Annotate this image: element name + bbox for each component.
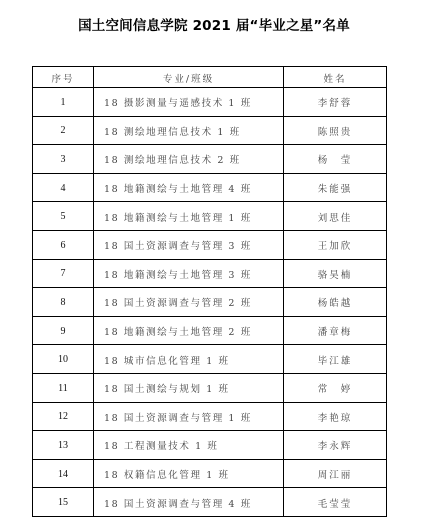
row-major-class: 18 国土资源调查与管理 2 班 [94, 288, 284, 317]
row-index: 6 [33, 230, 94, 259]
row-student-name: 毕江雄 [284, 345, 387, 374]
row-index: 11 [33, 373, 94, 402]
row-major-class: 18 国土测绘与规划 1 班 [94, 373, 284, 402]
row-major-class: 18 国土资源调查与管理 1 班 [94, 402, 284, 431]
table-row: 218 测绘地理信息技术 1 班陈照贵 [33, 116, 387, 145]
row-student-name: 毛莹莹 [284, 488, 387, 517]
table-row: 118 摄影测量与遥感技术 1 班李舒蓉 [33, 88, 387, 117]
row-student-name: 骆昊楠 [284, 259, 387, 288]
row-major-class: 18 城市信息化管理 1 班 [94, 345, 284, 374]
row-student-name: 潘章梅 [284, 316, 387, 345]
row-index: 5 [33, 202, 94, 231]
table-row: 618 国土资源调查与管理 3 班王加欣 [33, 230, 387, 259]
row-index: 14 [33, 459, 94, 488]
graduate-star-table: 序号 专业/班级 姓名 118 摄影测量与遥感技术 1 班李舒蓉218 测绘地理… [32, 66, 387, 517]
table-row: 1118 国土测绘与规划 1 班常 婷 [33, 373, 387, 402]
row-major-class: 18 测绘地理信息技术 2 班 [94, 145, 284, 174]
row-index: 12 [33, 402, 94, 431]
table-row: 1518 国土资源调查与管理 4 班毛莹莹 [33, 488, 387, 517]
row-major-class: 18 摄影测量与遥感技术 1 班 [94, 88, 284, 117]
row-major-class: 18 工程测量技术 1 班 [94, 431, 284, 460]
table-row: 1418 权籍信息化管理 1 班周江丽 [33, 459, 387, 488]
row-student-name: 李永辉 [284, 431, 387, 460]
row-student-name: 王加欣 [284, 230, 387, 259]
row-major-class: 18 地籍测绘与土地管理 4 班 [94, 173, 284, 202]
table-row: 1218 国土资源调查与管理 1 班李艳琼 [33, 402, 387, 431]
row-index: 8 [33, 288, 94, 317]
table-header-row: 序号 专业/班级 姓名 [33, 67, 387, 88]
row-major-class: 18 地籍测绘与土地管理 2 班 [94, 316, 284, 345]
row-student-name: 常 婷 [284, 373, 387, 402]
row-major-class: 18 地籍测绘与土地管理 1 班 [94, 202, 284, 231]
table-row: 518 地籍测绘与土地管理 1 班刘思佳 [33, 202, 387, 231]
row-major-class: 18 国土资源调查与管理 3 班 [94, 230, 284, 259]
table-row: 718 地籍测绘与土地管理 3 班骆昊楠 [33, 259, 387, 288]
row-major-class: 18 权籍信息化管理 1 班 [94, 459, 284, 488]
table-row: 318 测绘地理信息技术 2 班杨 莹 [33, 145, 387, 174]
row-index: 2 [33, 116, 94, 145]
row-index: 15 [33, 488, 94, 517]
header-index: 序号 [33, 67, 94, 88]
row-student-name: 李艳琼 [284, 402, 387, 431]
row-student-name: 杨皓越 [284, 288, 387, 317]
table-row: 1318 工程测量技术 1 班李永辉 [33, 431, 387, 460]
document-title: 国土空间信息学院 2021 届“毕业之星”名单 [0, 14, 428, 34]
row-student-name: 朱能强 [284, 173, 387, 202]
header-name: 姓名 [284, 67, 387, 88]
row-index: 3 [33, 145, 94, 174]
row-major-class: 18 测绘地理信息技术 1 班 [94, 116, 284, 145]
table-row: 818 国土资源调查与管理 2 班杨皓越 [33, 288, 387, 317]
row-student-name: 刘思佳 [284, 202, 387, 231]
row-student-name: 李舒蓉 [284, 88, 387, 117]
row-student-name: 陈照贵 [284, 116, 387, 145]
table-row: 918 地籍测绘与土地管理 2 班潘章梅 [33, 316, 387, 345]
row-major-class: 18 国土资源调查与管理 4 班 [94, 488, 284, 517]
table-row: 1018 城市信息化管理 1 班毕江雄 [33, 345, 387, 374]
header-major-class: 专业/班级 [94, 67, 284, 88]
row-student-name: 杨 莹 [284, 145, 387, 174]
row-index: 9 [33, 316, 94, 345]
row-index: 13 [33, 431, 94, 460]
row-major-class: 18 地籍测绘与土地管理 3 班 [94, 259, 284, 288]
row-index: 1 [33, 88, 94, 117]
row-index: 10 [33, 345, 94, 374]
row-student-name: 周江丽 [284, 459, 387, 488]
table-row: 418 地籍测绘与土地管理 4 班朱能强 [33, 173, 387, 202]
row-index: 7 [33, 259, 94, 288]
row-index: 4 [33, 173, 94, 202]
